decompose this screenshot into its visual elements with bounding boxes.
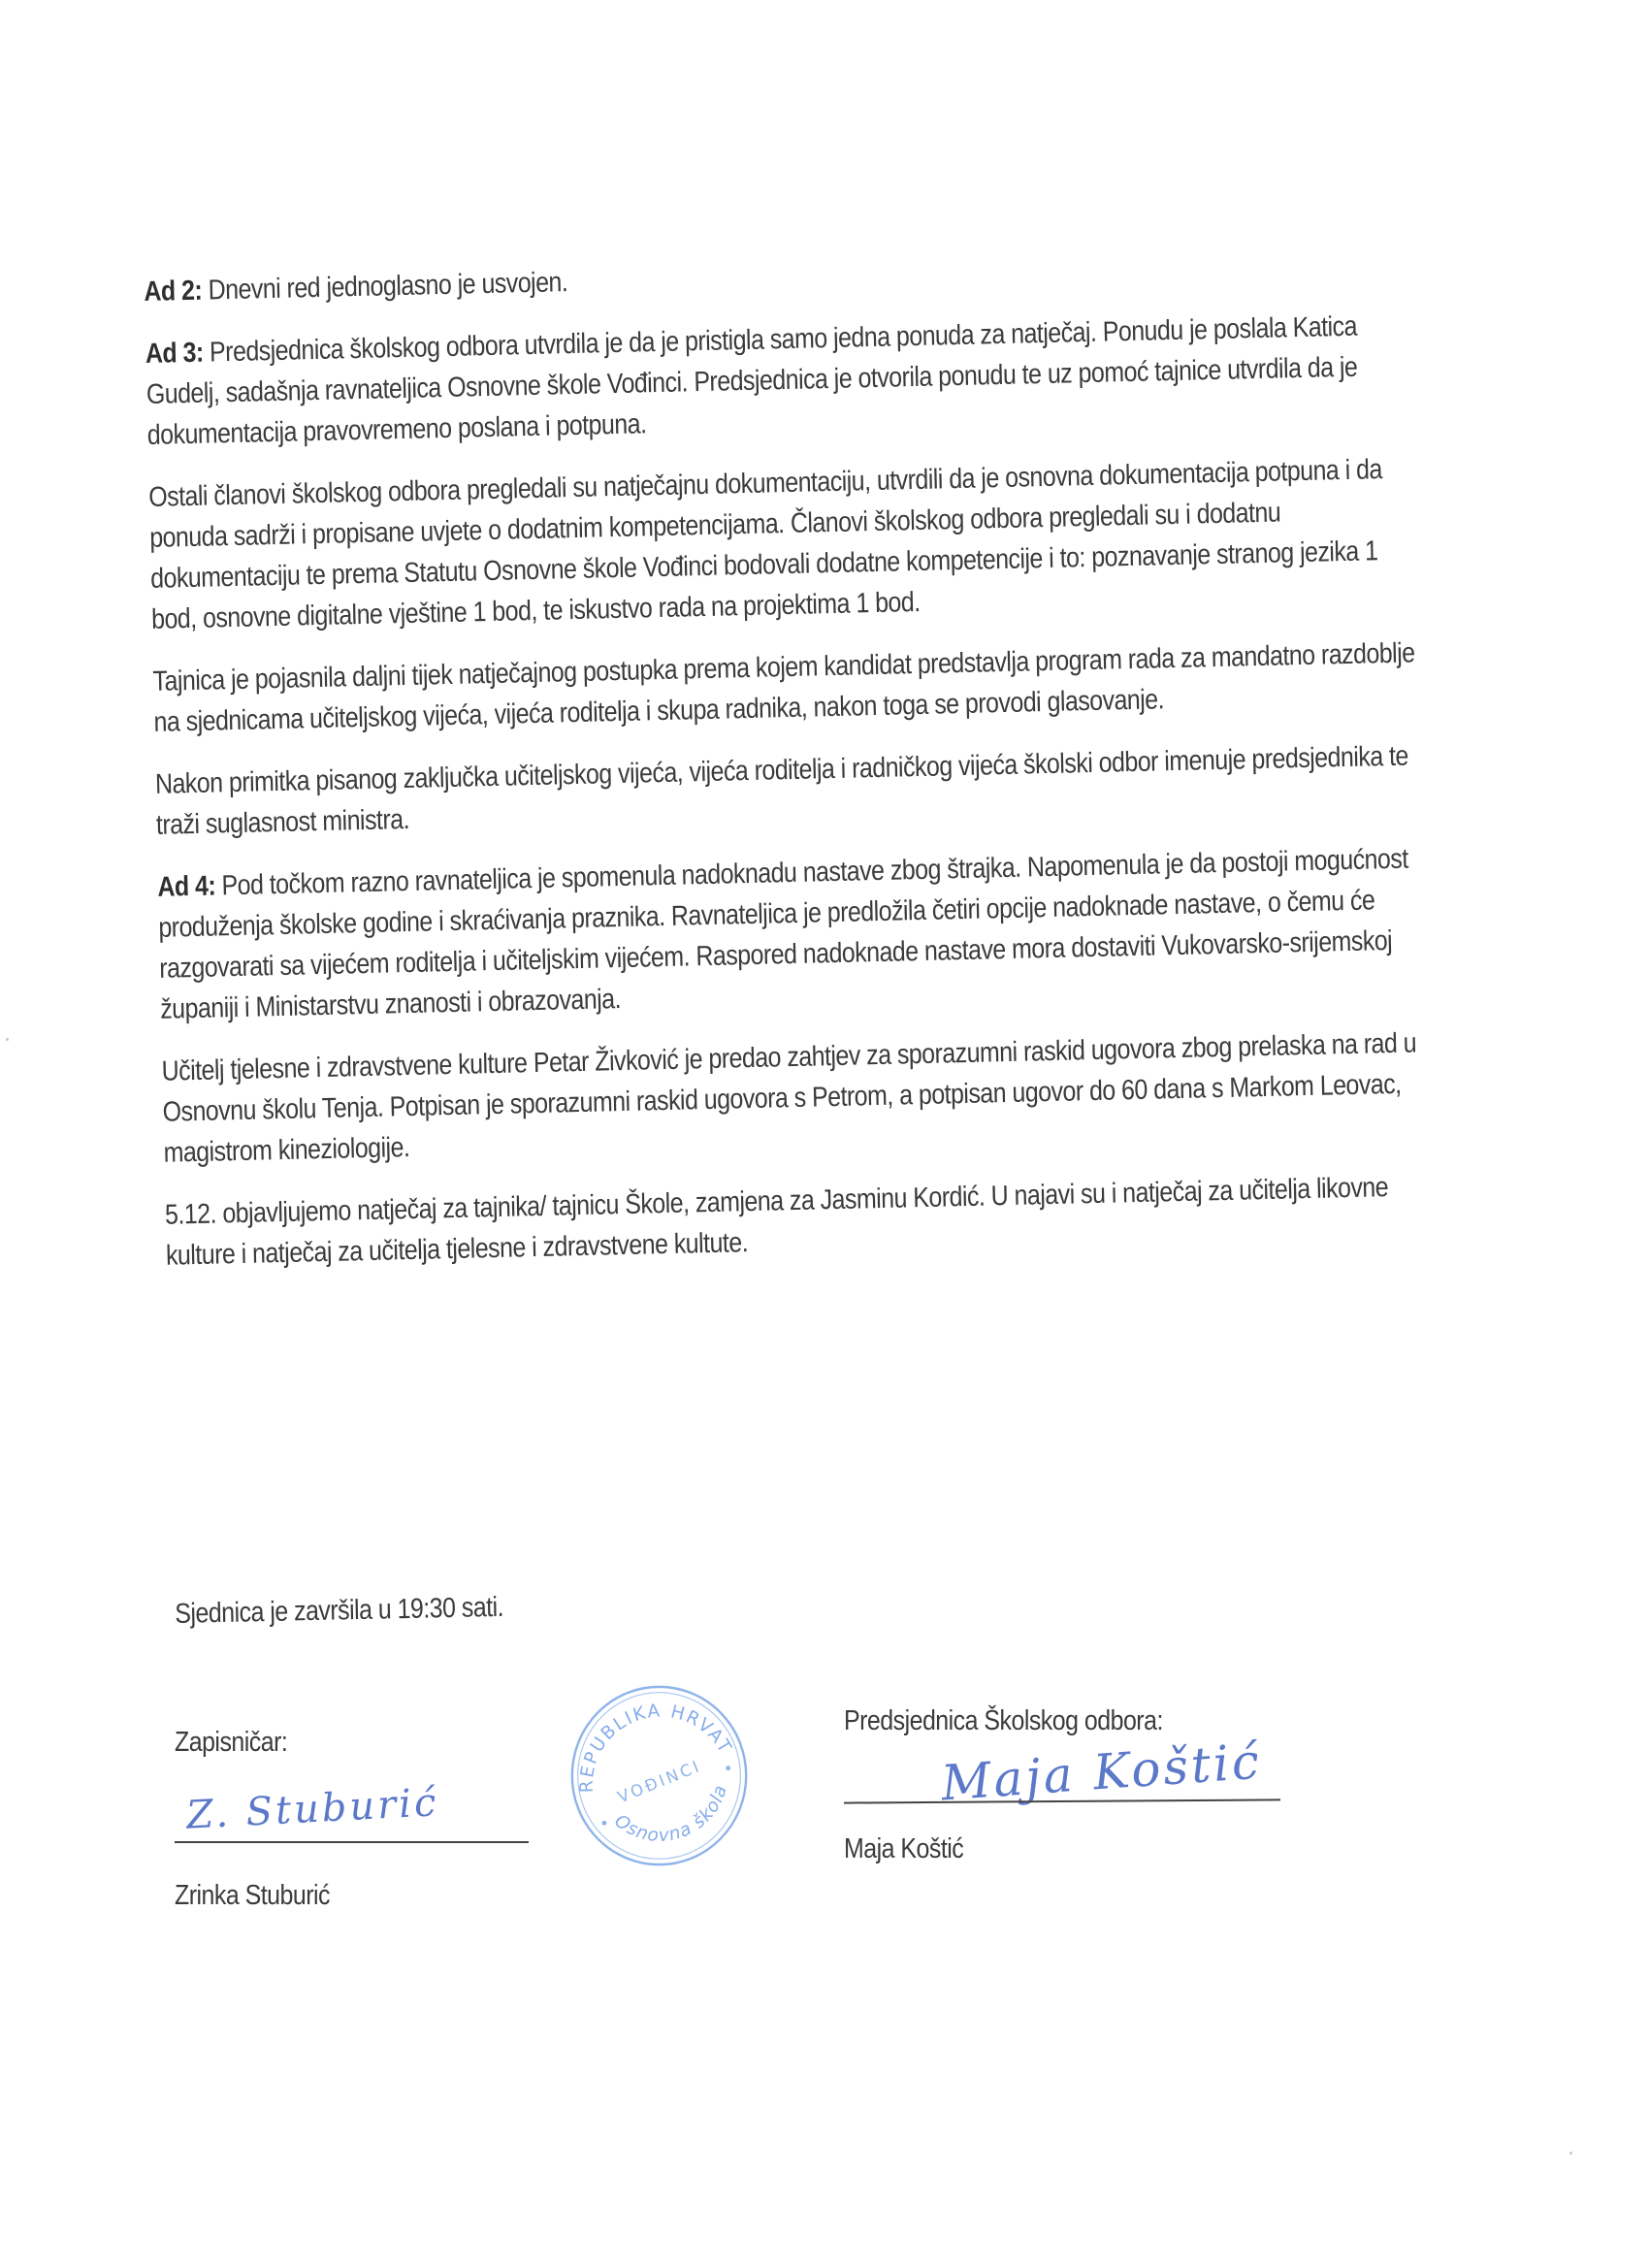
paragraph: Učitelj tjelesne i zdravstvene kulture P…: [161, 1022, 1439, 1174]
paragraph-text: Ostali članovi školskog odbora pregledal…: [148, 454, 1382, 635]
paragraph-text: Predsjednica školskog odbora utvrdila je…: [146, 311, 1358, 451]
paragraph: Ad 4: Pod točkom razno ravnateljica je s…: [157, 838, 1437, 1030]
paragraph: Ad 3: Predsjednica školskog odbora utvrd…: [145, 305, 1423, 456]
paragraph-text: 5.12. objavljujemo natječaj za tajnika/ …: [165, 1172, 1389, 1272]
agenda-item-label: Ad 2:: [144, 275, 202, 308]
closing-statement: Sjednica je završila u 19:30 sati.: [175, 1592, 503, 1631]
recorder-label: Zapisničar:: [175, 1727, 287, 1759]
scanned-document-page: Ad 2: Dnevni red jednoglasno je usvojen.…: [0, 0, 1649, 2268]
paragraph-text: Pod točkom razno ravnateljica je spomenu…: [158, 844, 1408, 1025]
document-body: Ad 2: Dnevni red jednoglasno je usvojen.…: [144, 243, 1447, 1298]
paragraph: Tajnica je pojasnila daljni tijek natječ…: [152, 632, 1430, 743]
agenda-item-label: Ad 3:: [145, 338, 204, 370]
recorder-signature-line: [175, 1841, 529, 1843]
agenda-item-label: Ad 4:: [157, 870, 215, 902]
recorder-handwritten-signature: Z. Stuburić: [185, 1780, 440, 1838]
scan-artifact: [1569, 2152, 1572, 2155]
paragraph-text: Učitelj tjelesne i zdravstvene kulture P…: [161, 1027, 1416, 1168]
board-president-signature-block: Predsjednica Školskog odbora: Maja Košti…: [844, 1705, 1214, 1737]
paragraph-text: Tajnica je pojasnila daljni tijek natječ…: [152, 637, 1415, 738]
scan-artifact: [6, 1038, 9, 1041]
paragraph-text: Dnevni red jednoglasno je usvojen.: [202, 267, 568, 307]
paragraph-text: Nakon primitka pisanog zaključka učitelj…: [155, 741, 1409, 841]
recorder-signature-block: Zapisničar: Z. Stuburić Zrinka Stuburić: [175, 1727, 306, 1776]
paragraph: 5.12. objavljujemo natječaj za tajnika/ …: [165, 1166, 1442, 1277]
paragraph: Ad 2: Dnevni red jednoglasno je usvojen.: [144, 243, 1420, 312]
stamp-center-text: VOĐINCI: [615, 1757, 704, 1807]
board-president-label: Predsjednica Školskog odbora:: [844, 1705, 1163, 1737]
school-stamp: REPUBLIKA HRVATSKA Osnovna škola VOĐINCI: [565, 1681, 754, 1870]
recorder-name: Zrinka Stuburić: [175, 1880, 330, 1912]
board-president-name: Maja Koštić: [844, 1833, 963, 1865]
paragraph: Nakon primitka pisanog zaključka učitelj…: [155, 735, 1433, 846]
paragraph: Ostali članovi školskog odbora pregledal…: [148, 448, 1428, 640]
